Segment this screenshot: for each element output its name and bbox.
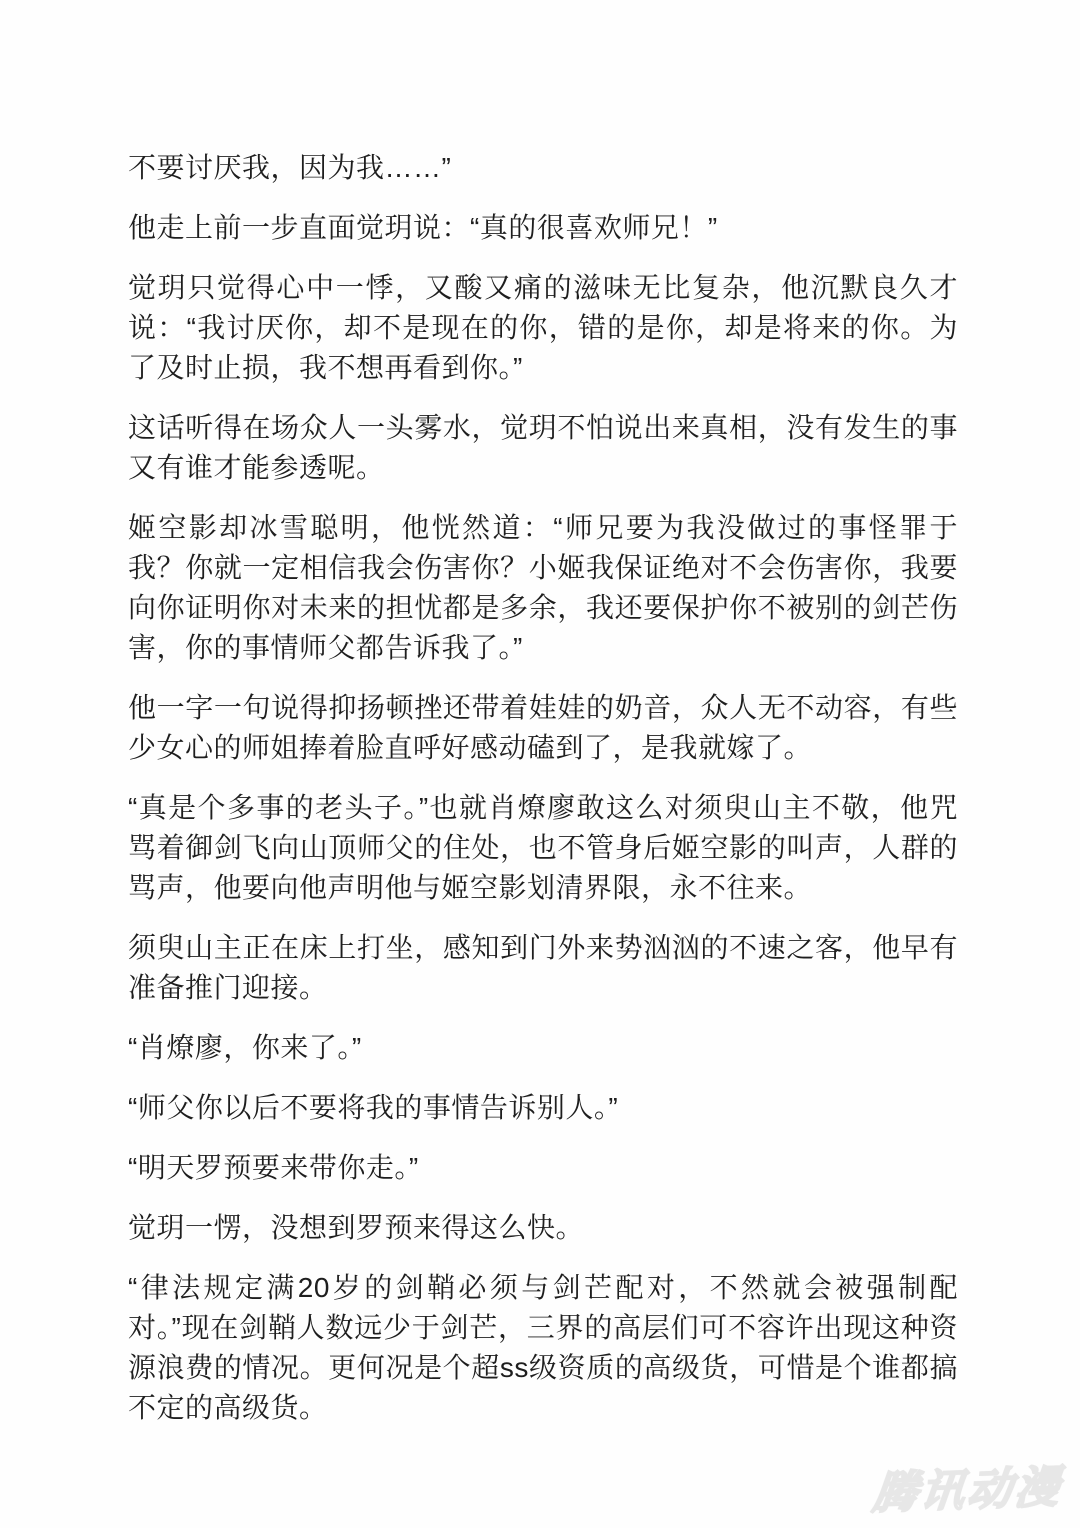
novel-text-block: 不要讨厌我，因为我……” 他走上前一步直面觉玥说：“真的很喜欢师兄！” 觉玥只觉… xyxy=(128,148,958,1448)
paragraph: “肖燎廖，你来了。” xyxy=(128,1028,958,1068)
paragraph: 姬空影却冰雪聪明，他恍然道：“师兄要为我没做过的事怪罪于我？你就一定相信我会伤害… xyxy=(128,508,958,668)
tencent-comics-watermark: 腾讯动漫 xyxy=(870,1451,1066,1522)
paragraph: “律法规定满20岁的剑鞘必须与剑芒配对，不然就会被强制配对。”现在剑鞘人数远少于… xyxy=(128,1268,958,1428)
comic-reader-text-page: 不要讨厌我，因为我……” 他走上前一步直面觉玥说：“真的很喜欢师兄！” 觉玥只觉… xyxy=(0,0,1080,1528)
paragraph: 须臾山主正在床上打坐，感知到门外来势汹汹的不速之客，他早有准备推门迎接。 xyxy=(128,928,958,1008)
paragraph: 觉玥一愣，没想到罗预来得这么快。 xyxy=(128,1208,958,1248)
paragraph: “师父你以后不要将我的事情告诉别人。” xyxy=(128,1088,958,1128)
paragraph: 不要讨厌我，因为我……” xyxy=(128,148,958,188)
paragraph: 他一字一句说得抑扬顿挫还带着娃娃的奶音，众人无不动容，有些少女心的师姐捧着脸直呼… xyxy=(128,688,958,768)
paragraph: 觉玥只觉得心中一悸，又酸又痛的滋味无比复杂，他沉默良久才说：“我讨厌你，却不是现… xyxy=(128,268,958,388)
paragraph: “明天罗预要来带你走。” xyxy=(128,1148,958,1188)
paragraph: “真是个多事的老头子。”也就肖燎廖敢这么对须臾山主不敬，他咒骂着御剑飞向山顶师父… xyxy=(128,788,958,908)
paragraph: 他走上前一步直面觉玥说：“真的很喜欢师兄！” xyxy=(128,208,958,248)
paragraph: 这话听得在场众人一头雾水，觉玥不怕说出来真相，没有发生的事又有谁才能参透呢。 xyxy=(128,408,958,488)
